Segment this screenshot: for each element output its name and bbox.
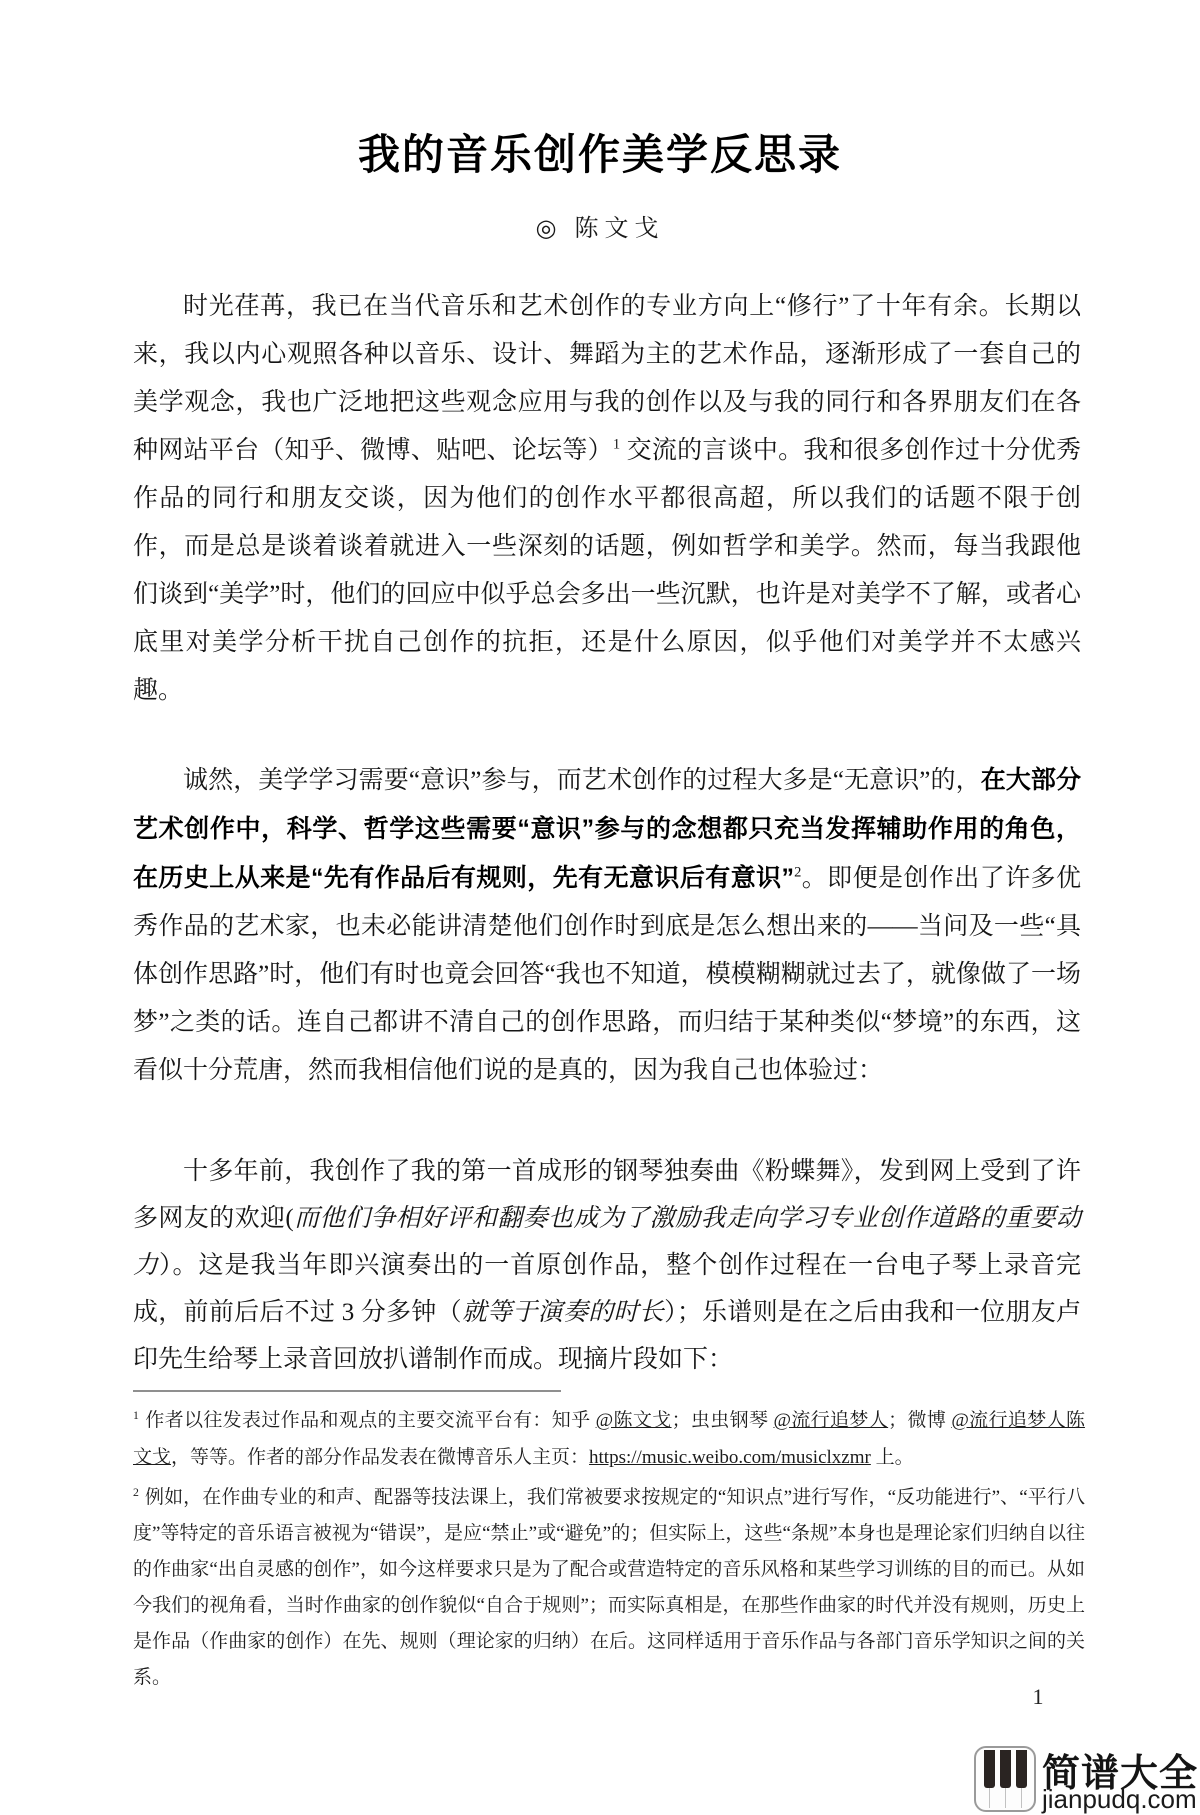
piano-key-divider — [1021, 1788, 1022, 1808]
paragraph-1: 时光荏苒，我已在当代音乐和艺术创作的专业方向上“修行”了十年有余。长期以来，我以… — [133, 283, 1081, 715]
link-weibo-music-url[interactable]: https://music.weibo.com/musiclxzmr — [589, 1447, 871, 1468]
piano-black-key — [1016, 1750, 1027, 1788]
paragraph-1-text-cont: 交流的言谈中。我和很多创作过十分优秀作品的同行和朋友交谈，因为他们的创作水平都很… — [133, 437, 1081, 704]
paragraph-3: 十多年前，我创作了我的第一首成形的钢琴独奏曲《粉蝶舞》，发到网上受到了许多网友的… — [133, 1148, 1081, 1383]
watermark-domain: jianpudq.com — [1042, 1784, 1200, 1815]
link-ccpiano-account[interactable]: @流行追梦人 — [773, 1410, 888, 1431]
piano-key-divider — [989, 1788, 990, 1808]
paragraph-2-lead: 诚然，美学学习需要“意识”参与，而艺术创作的过程大多是“无意识”的， — [183, 767, 981, 794]
paragraph-3-kaiti-aside-2: 就等于演奏的时长 — [462, 1299, 664, 1326]
footnote-1-text-3: ；微博 — [888, 1410, 951, 1431]
footnote-1-text-2: ；虫虫钢琴 — [672, 1410, 774, 1431]
piano-black-key — [1000, 1750, 1011, 1788]
footnote-1-marker: 1 — [133, 1409, 145, 1422]
footnote-1-text-4: ，等等。作者的部分作品发表在微博音乐人主页： — [171, 1447, 589, 1468]
piano-black-key — [984, 1750, 995, 1788]
page-number: 1 — [1018, 1684, 1058, 1710]
footnote-2: 2例如，在作曲专业的和声、配器等技法课上，我们常被要求按规定的“知识点”进行写作… — [133, 1480, 1085, 1696]
footnote-2-marker: 2 — [133, 1486, 145, 1499]
piano-keys-icon — [974, 1746, 1036, 1812]
piano-key-divider — [1005, 1788, 1006, 1808]
document-page: 我的音乐创作美学反思录 ◎ 陈文戈 时光荏苒，我已在当代音乐和艺术创作的专业方向… — [0, 0, 1200, 1815]
footnote-2-text: 例如，在作曲专业的和声、配器等技法课上，我们常被要求按规定的“知识点”进行写作，… — [133, 1487, 1085, 1688]
footnote-1-text: 作者以往发表过作品和观点的主要交流平台有：知乎 — [145, 1410, 596, 1431]
footnote-1: 1作者以往发表过作品和观点的主要交流平台有：知乎 @陈文戈；虫虫钢琴 @流行追梦… — [133, 1402, 1085, 1476]
article-author: ◎ 陈文戈 — [0, 208, 1200, 243]
article-title: 我的音乐创作美学反思录 — [0, 122, 1200, 182]
site-watermark: 简谱大全 jianpudq.com — [974, 1742, 1200, 1815]
paragraph-2-rest: 。即便是创作出了许多优秀作品的艺术家，也未必能讲清楚他们创作时到底是怎么想出来的… — [133, 865, 1081, 1084]
footnote-separator — [133, 1390, 561, 1392]
paragraph-2: 诚然，美学学习需要“意识”参与，而艺术创作的过程大多是“无意识”的，在大部分艺术… — [133, 756, 1081, 1095]
link-zhihu-account[interactable]: @陈文戈 — [596, 1410, 672, 1431]
footnote-1-text-5: 上。 — [871, 1447, 914, 1468]
